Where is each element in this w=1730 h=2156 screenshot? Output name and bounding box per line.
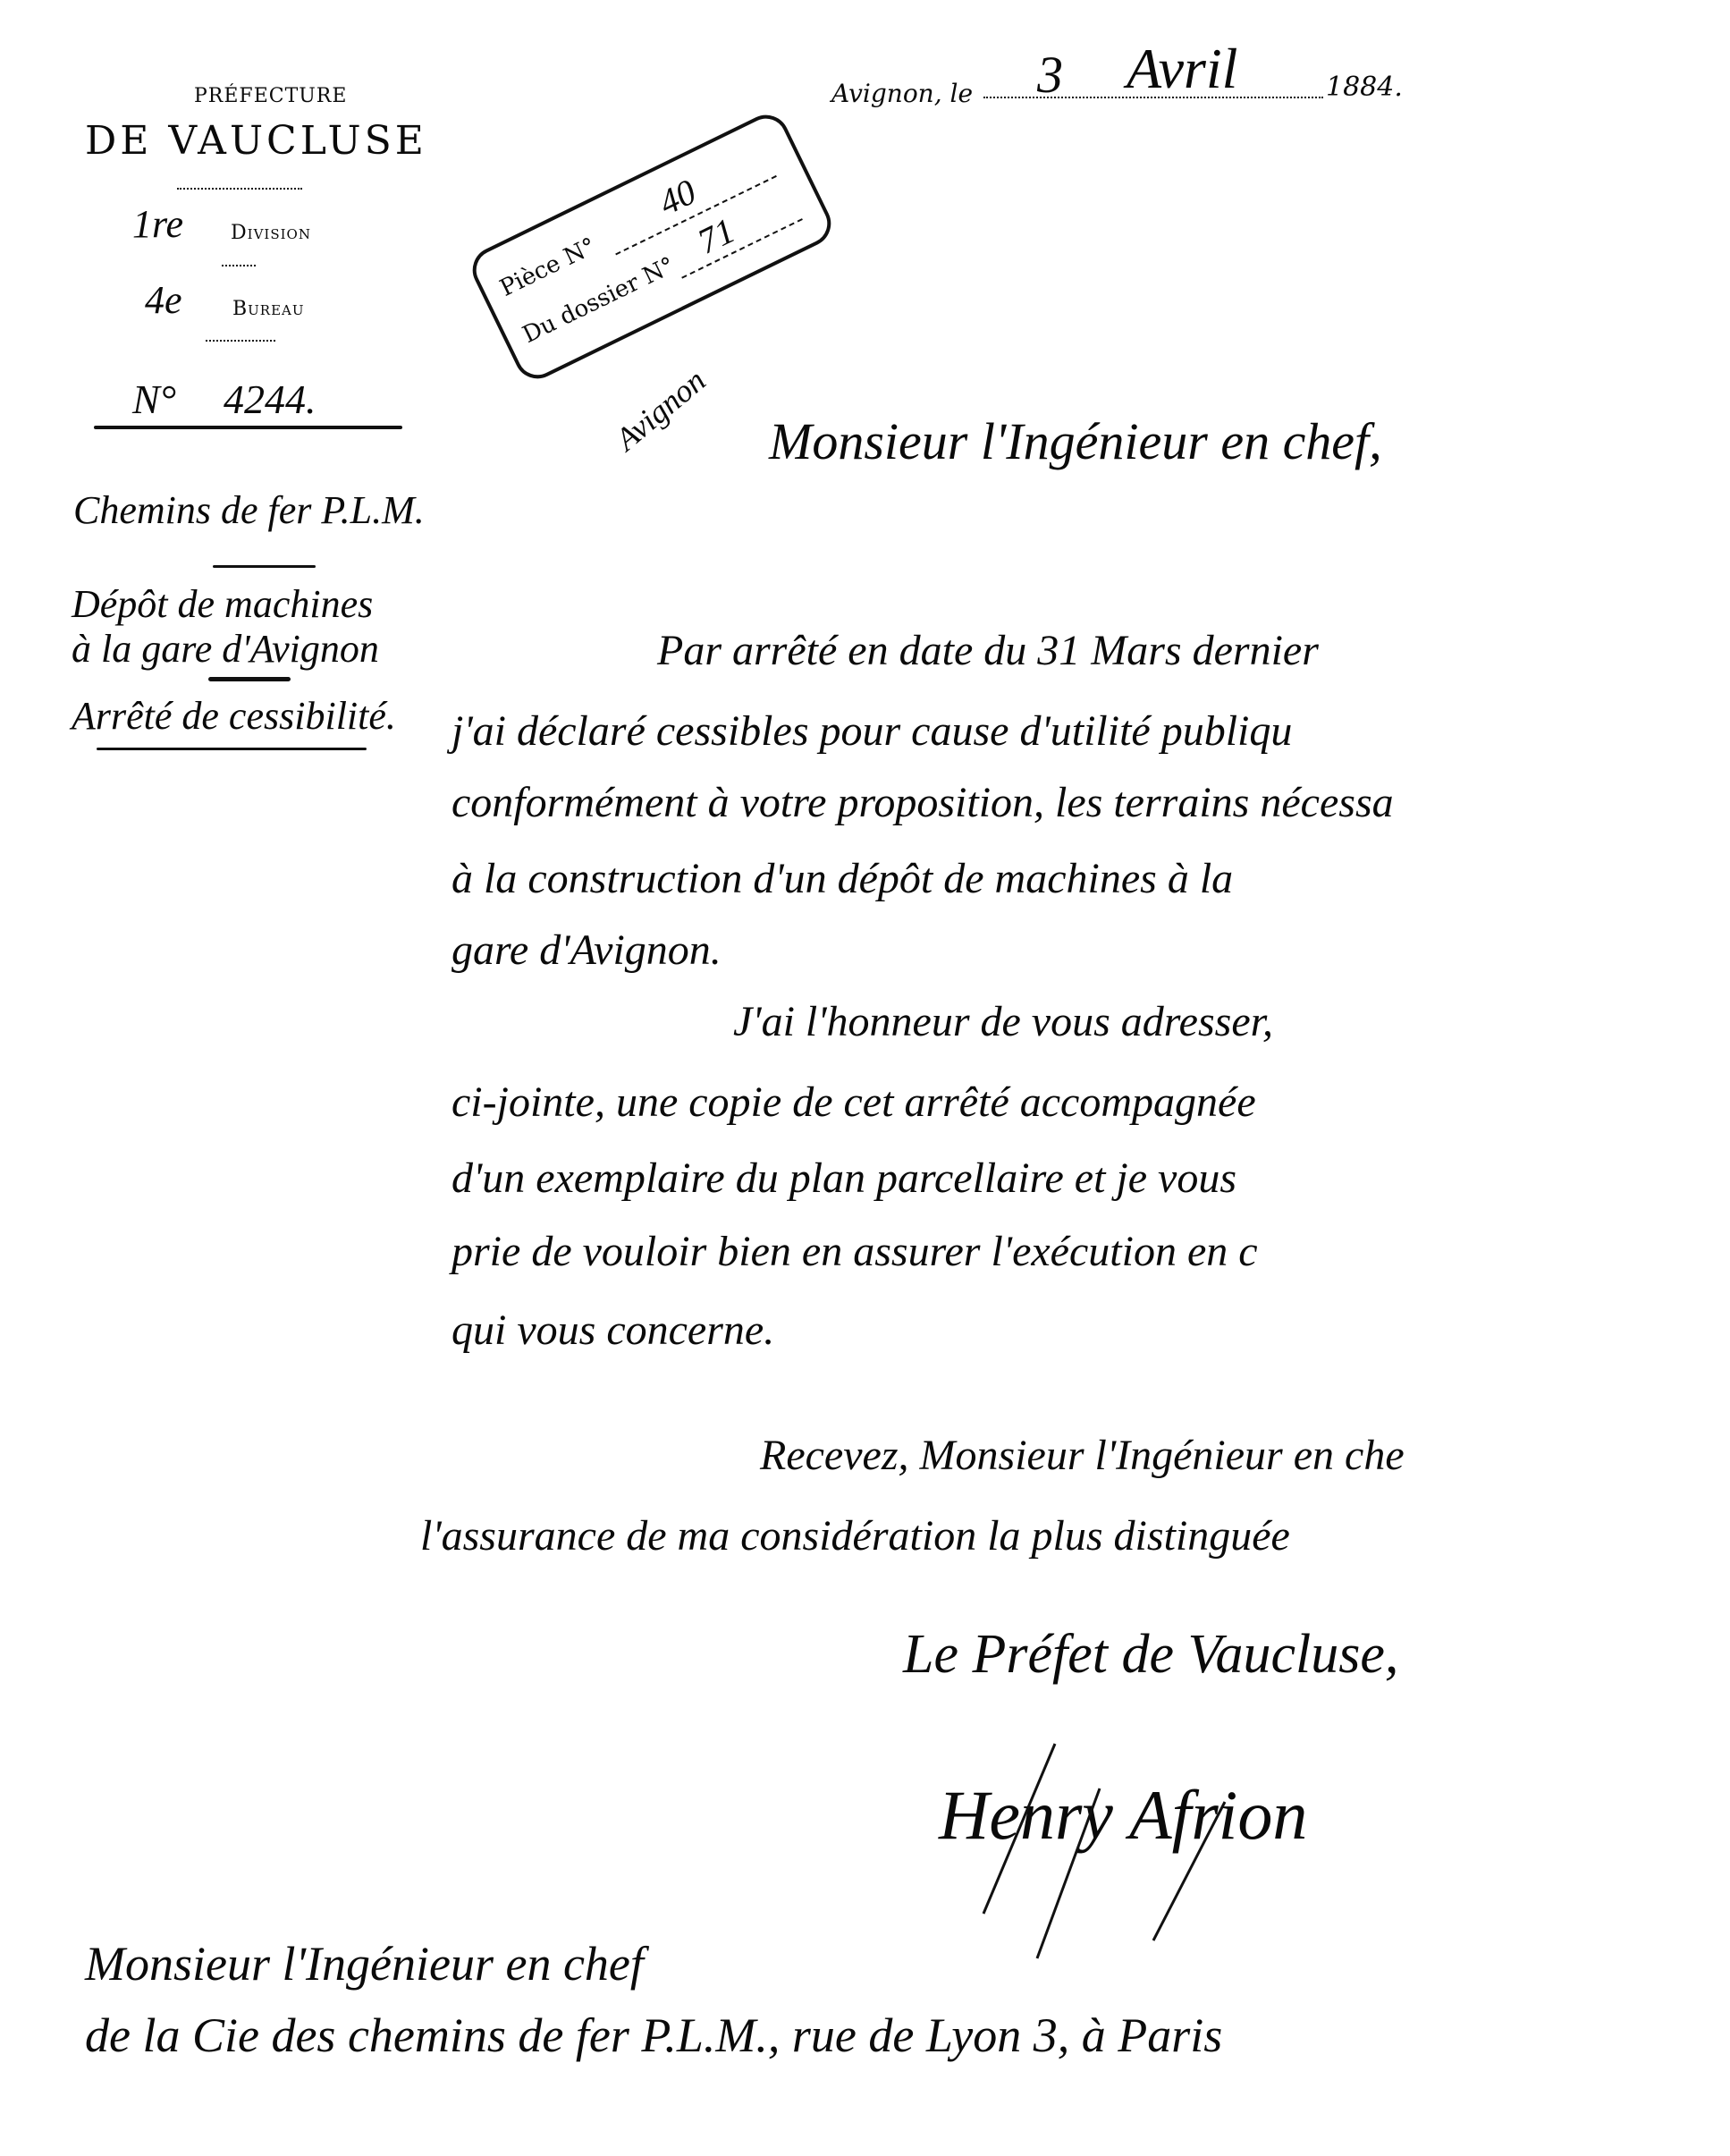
body-line: d'un exemplaire du plan parcellaire et j… <box>451 1154 1236 1203</box>
addressee-line: de la Cie des chemins de fer P.L.M., rue… <box>85 2008 1222 2063</box>
date-month: Avril <box>1127 36 1237 102</box>
body-line: conformément à votre proposition, les te… <box>451 778 1394 827</box>
divider <box>208 677 291 681</box>
reference-number: 4244. <box>224 376 316 423</box>
body-line: J'ai l'honneur de vous adresser, <box>733 997 1273 1046</box>
division-number: 1re <box>132 201 183 247</box>
subject-line: Dépôt de machines <box>72 581 373 627</box>
divider <box>222 265 256 266</box>
salutation: Monsieur l'Ingénieur en chef, <box>769 411 1382 471</box>
number-label: N° <box>132 376 176 423</box>
body-line: prie de vouloir bien en assurer l'exécut… <box>451 1227 1258 1276</box>
date-year: 1884. <box>1326 72 1403 103</box>
body-line: j'ai déclaré cessibles pour cause d'util… <box>451 706 1292 756</box>
divider <box>94 426 402 429</box>
subject-line: Chemins de fer P.L.M. <box>73 487 425 533</box>
subject-line: Arrêté de cessibilité. <box>72 693 396 739</box>
body-line: qui vous concerne. <box>451 1306 774 1355</box>
subject-line: à la gare d'Avignon <box>72 626 379 672</box>
bureau-label: Bureau <box>232 298 305 320</box>
date-day: 3 <box>1037 45 1063 105</box>
department-name: DE VAUCLUSE <box>85 118 427 164</box>
divider <box>97 748 367 750</box>
body-line: ci-jointe, une copie de cet arrêté accom… <box>451 1078 1256 1127</box>
archive-stamp: Pièce N° 40 Du dossier N° 71 <box>465 107 839 386</box>
divider <box>177 188 302 190</box>
prefecture-label: PRÉFECTURE <box>194 85 347 107</box>
body-line: gare d'Avignon. <box>451 926 722 975</box>
bureau-number: 4e <box>145 277 182 323</box>
stamp-dossier-value: 71 <box>691 209 742 263</box>
addressee-line: Monsieur l'Ingénieur en chef <box>85 1936 644 1991</box>
signature-flourish <box>930 1735 1234 1967</box>
stamp-annotation: Avignon <box>608 361 713 458</box>
body-line: à la construction d'un dépôt de machines… <box>451 854 1233 903</box>
closing-line: Recevez, Monsieur l'Ingénieur en che <box>760 1431 1405 1480</box>
date-place: Avignon, le <box>831 79 973 108</box>
signature-title: Le Préfet de Vaucluse, <box>903 1623 1398 1687</box>
closing-line: l'assurance de ma considération la plus … <box>420 1511 1290 1560</box>
division-label: Division <box>231 222 311 244</box>
divider <box>213 565 316 568</box>
body-line: Par arrêté en date du 31 Mars dernier <box>657 626 1319 675</box>
divider <box>206 340 275 342</box>
